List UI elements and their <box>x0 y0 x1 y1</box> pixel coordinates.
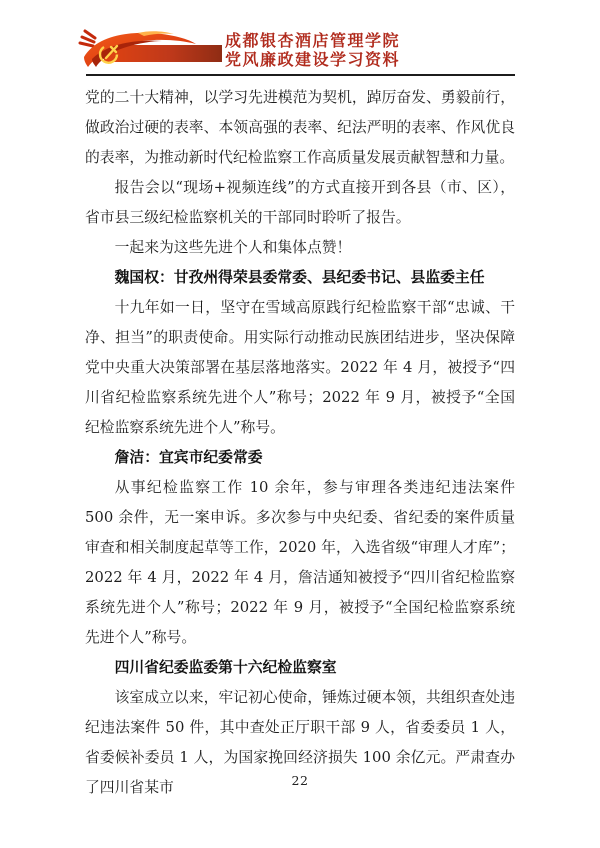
paragraph: 一起来为这些先进个人和集体点赞！ <box>85 233 515 263</box>
paragraph: 从事纪检监察工作 10 余年，参与审理各类违纪违法案件 500 余件，无一案申诉… <box>85 473 515 653</box>
paragraph: 十九年如一日，坚守在雪域高原践行纪检监察干部“忠诚、干净、担当”的职责使命。用实… <box>85 293 515 443</box>
party-flag-flame-icon <box>78 27 222 73</box>
section-heading: 詹洁：宜宾市纪委常委 <box>85 443 515 473</box>
header-org-title: 成都银杏酒店管理学院 <box>225 31 400 50</box>
document-page: 成都银杏酒店管理学院 党风廉政建设学习资料 党的二十大精神，以学习先进模范为契机… <box>0 0 600 848</box>
header-divider <box>86 74 515 76</box>
header-doc-title: 党风廉政建设学习资料 <box>225 50 400 69</box>
page-header: 成都银杏酒店管理学院 党风廉政建设学习资料 <box>78 27 515 73</box>
paragraph: 党的二十大精神，以学习先进模范为契机，踔厉奋发、勇毅前行，做政治过硬的表率、本领… <box>85 83 515 173</box>
section-heading: 四川省纪委监委第十六纪检监察室 <box>85 653 515 683</box>
paragraph: 报告会以“现场+视频连线”的方式直接开到各县（市、区），省市县三级纪检监察机关的… <box>85 173 515 233</box>
page-number: 22 <box>0 773 600 788</box>
section-heading: 魏国权：甘孜州得荣县委常委、县纪委书记、县监委主任 <box>85 263 515 293</box>
document-body: 党的二十大精神，以学习先进模范为契机，踔厉奋发、勇毅前行，做政治过硬的表率、本领… <box>85 83 515 803</box>
header-titles: 成都银杏酒店管理学院 党风廉政建设学习资料 <box>225 31 400 69</box>
